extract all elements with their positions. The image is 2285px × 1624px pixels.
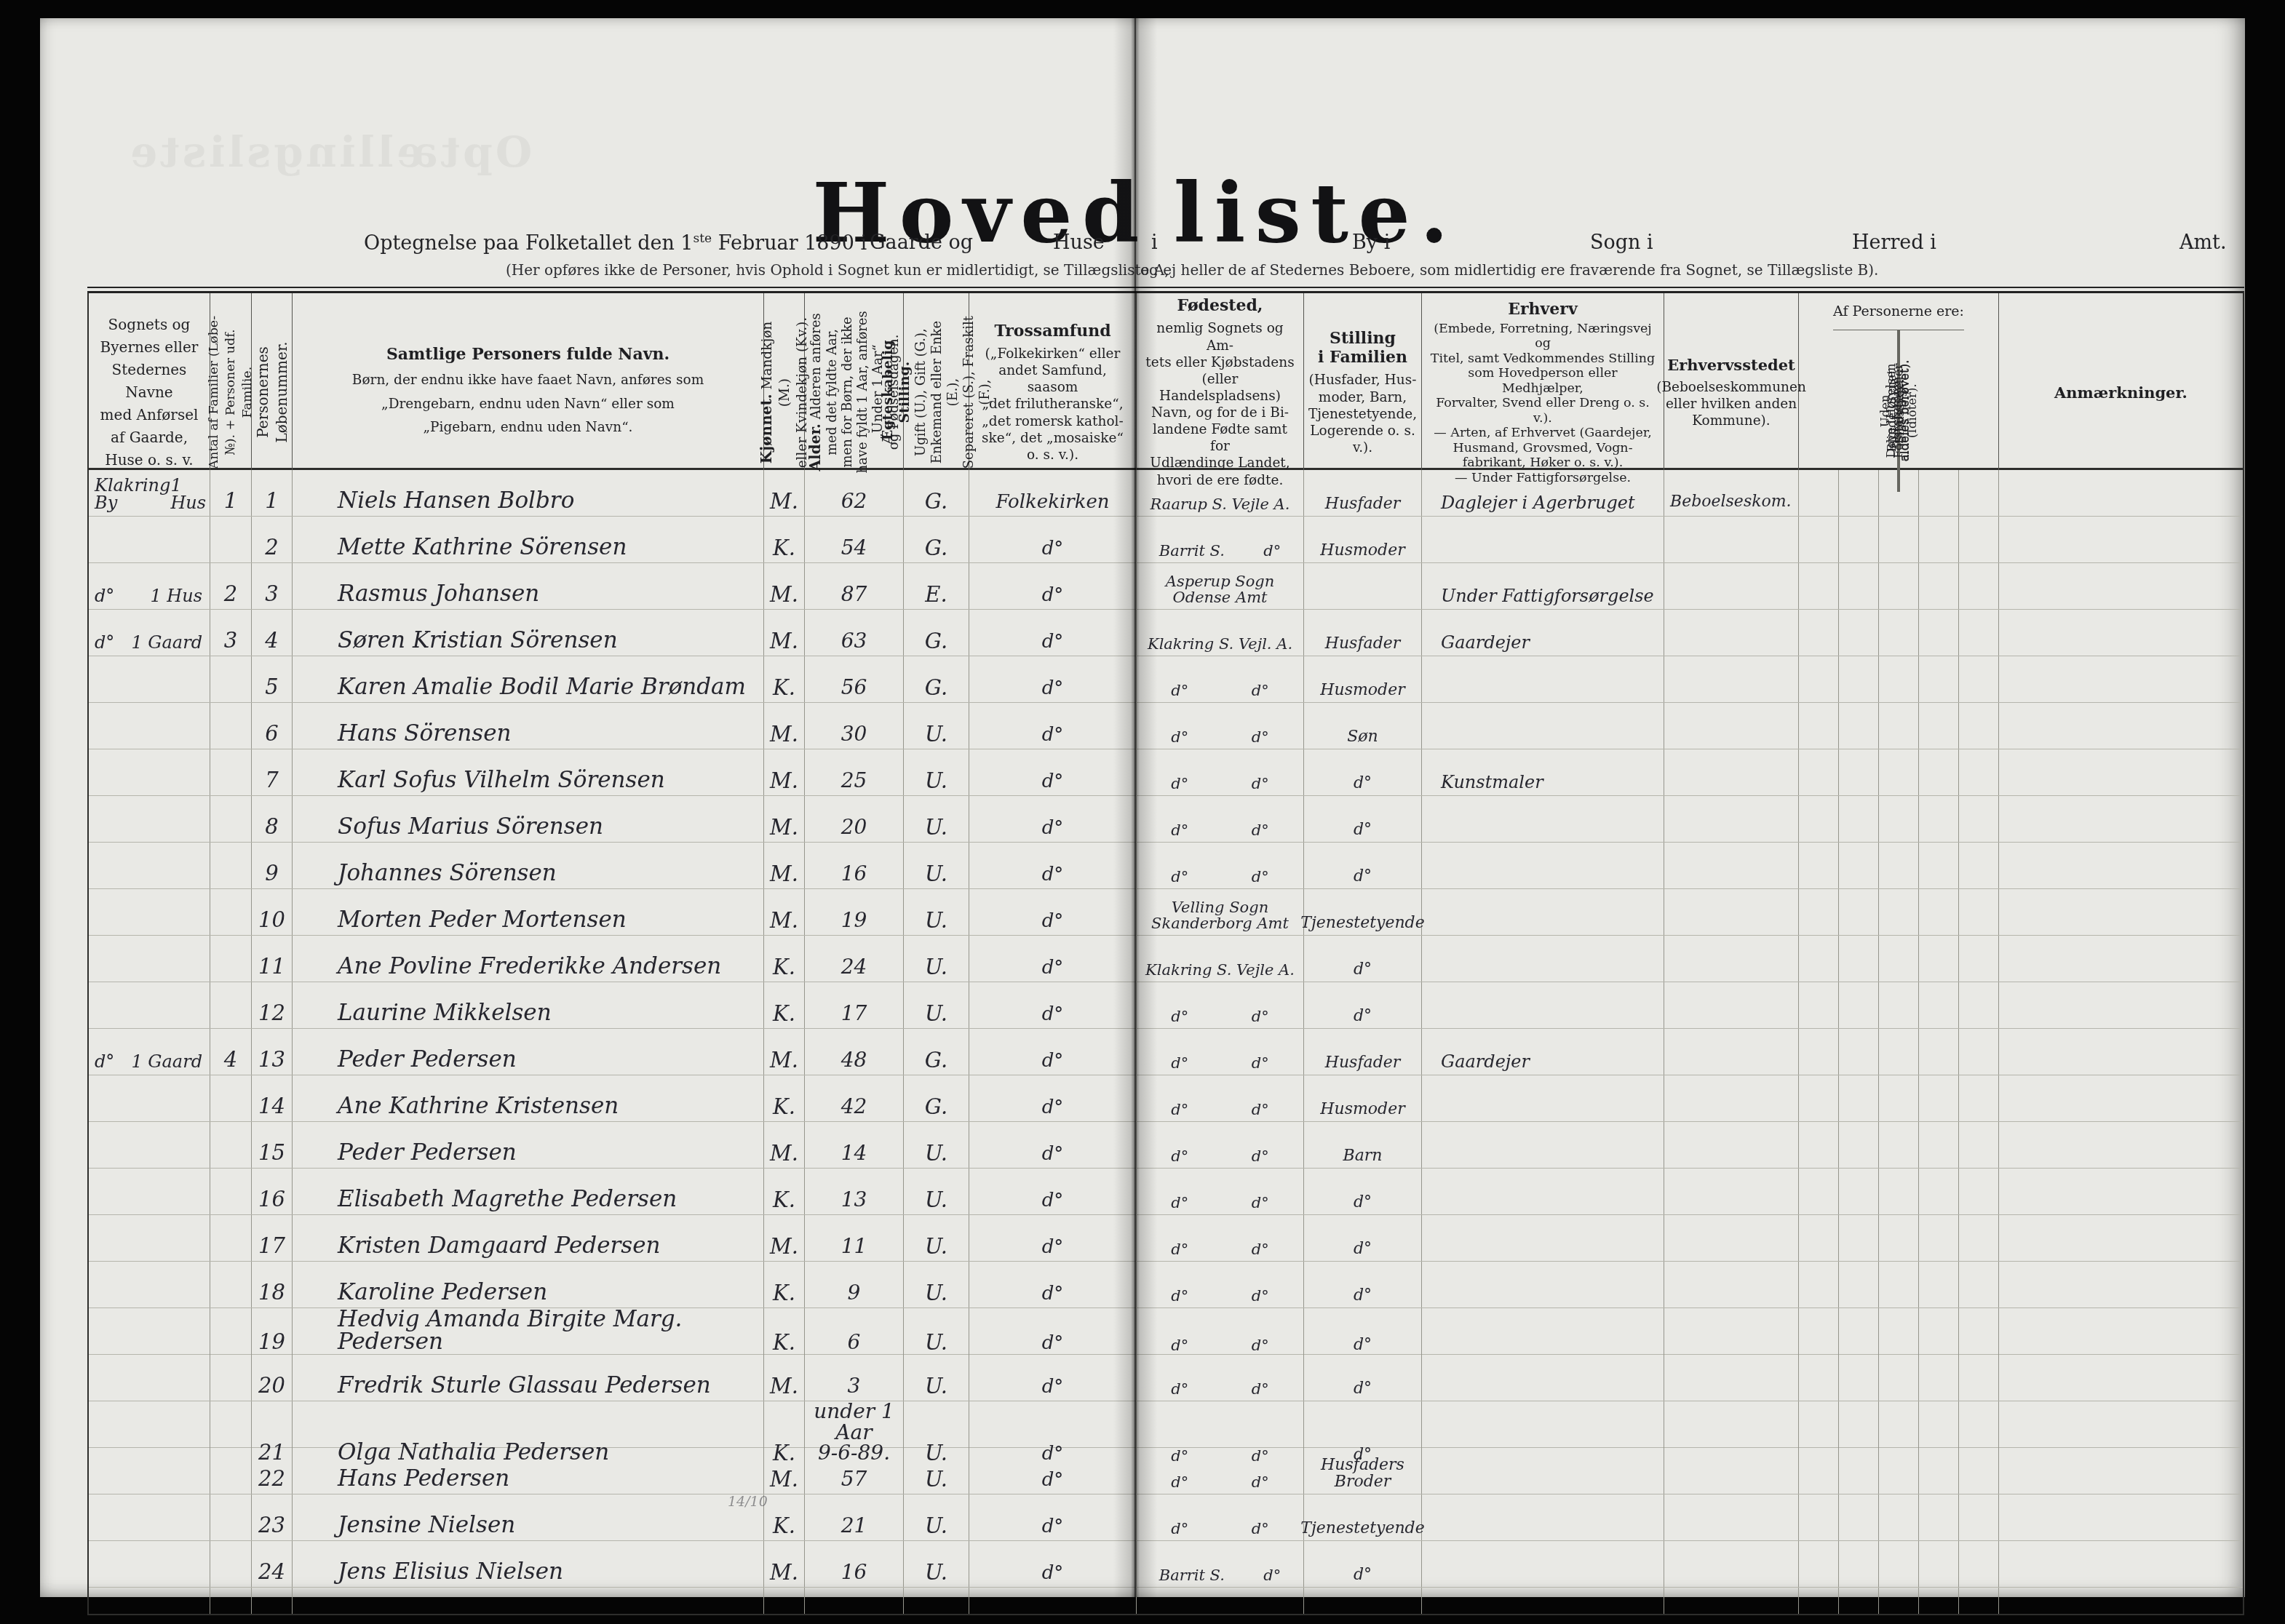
cell-idiot [1919,1588,1959,1614]
cell-person-number: 19 [252,1308,293,1357]
cell-idiot [1919,610,1959,656]
cell-idiot [1919,1169,1959,1214]
cell-marital-status [904,1588,969,1614]
cell-remarks [1999,703,2243,749]
header-place: Sognets og Byernes eller Stedernes Navne… [89,293,210,492]
cell-blind [1879,1588,1919,1614]
cell-religion: d° [969,889,1137,935]
cell-person-number: 17 [252,1215,293,1261]
cell-blind [1879,563,1919,609]
cell-marital-status: U. [904,843,969,888]
cell-birthplace: d°d° [1137,796,1304,842]
header-marital-status: Ægteskabelig Stilling. Ugift (U.), Gift … [904,293,969,492]
cell-workplace [1664,703,1799,749]
cell-name: Karoline Pedersen [293,1262,764,1307]
cell-remarks [1999,610,2243,656]
table-row: 12Laurine MikkelsenK.17U.d°d°d°d° [89,982,2243,1029]
table-row: 7Karl Sofus Vilhelm SörensenM.25U.d°d°d°… [89,749,2243,796]
cell-religion: d° [969,1494,1137,1540]
page-title-right: liste. [1174,166,1458,261]
cell-deaf-mute [1799,517,1839,562]
cell-insane [1959,1308,1999,1357]
cell-blind [1879,1169,1919,1214]
cell-person-number: 22 [252,1448,293,1494]
cell-occupation [1422,517,1664,562]
cell-deaf [1839,470,1879,516]
cell-insane [1959,1075,1999,1121]
cell-person-number: 8 [252,796,293,842]
cell-workplace [1664,1075,1799,1121]
exclusion-note-left: (Her opføres ikke de Personer, hvis Opho… [506,261,1169,279]
cell-marital-status: E. [904,563,969,609]
cell-birthplace: d°d° [1137,1075,1304,1121]
cell-occupation [1422,1215,1664,1261]
cell-place [89,1448,210,1494]
cell-family-count: 3 [210,610,252,656]
cell-place [89,1308,210,1357]
cell-workplace [1664,1588,1799,1614]
cell-marital-status: G. [904,610,969,656]
cell-place: d°1 Hus [89,563,210,609]
cell-sex: M. [764,889,805,935]
cell-occupation [1422,796,1664,842]
cell-birthplace: d°d° [1137,982,1304,1028]
cell-workplace [1664,1169,1799,1214]
cell-deaf-mute [1799,656,1839,702]
header-family-count: Antal af Familier (Løbe-№). + Personer u… [210,293,252,492]
cell-name: Peder Pedersen [293,1029,764,1075]
page-fold-line [1134,18,1136,1597]
cell-birthplace: Barrit S.d° [1137,517,1304,562]
cell-name: Jens Elisius Nielsen [293,1541,764,1587]
cell-name: Hedvig Amanda Birgite Marg. Pedersen [293,1308,764,1357]
cell-religion: d° [969,1122,1137,1168]
cell-marital-status: U. [904,1494,969,1540]
cell-sex: K. [764,1075,805,1121]
cell-occupation: Daglejer i Agerbruget [1422,470,1664,516]
cell-religion: d° [969,1355,1137,1401]
cell-idiot [1919,1215,1959,1261]
cell-workplace [1664,843,1799,888]
cell-remarks [1999,1588,2243,1614]
table-row: 20Fredrik Sturle Glassau PedersenM.3U.d°… [89,1355,2243,1401]
cell-remarks [1999,1541,2243,1587]
cell-family-position: d° [1304,1541,1422,1587]
cell-idiot [1919,470,1959,516]
table-row: 17Kristen Damgaard PedersenM.11U.d°d°d°d… [89,1215,2243,1262]
cell-workplace [1664,610,1799,656]
cell-religion: d° [969,563,1137,609]
cell-insane [1959,1262,1999,1307]
cell-person-number: 6 [252,703,293,749]
cell-insane [1959,656,1999,702]
cell-deaf [1839,889,1879,935]
header-conditions-group: Af Personerne ere: Døvstumme.Døve (Hørel… [1799,293,1999,492]
cell-birthplace: Klakring S. Vejl. A. [1137,610,1304,656]
cell-deaf [1839,982,1879,1028]
cell-sex [764,1588,805,1614]
subtitle-by: By i [1352,231,1390,254]
cell-idiot [1919,703,1959,749]
cell-blind [1879,936,1919,982]
cell-deaf [1839,1029,1879,1075]
cell-family-position: Barn [1304,1122,1422,1168]
table-row: Klakring By1 Hus11Niels Hansen BolbroM.6… [89,470,2243,517]
cell-occupation [1422,1262,1664,1307]
cell-family-position: Husfaders Broder [1304,1448,1422,1494]
cell-birthplace: d°d° [1137,1215,1304,1261]
cell-family-position: Husmoder [1304,517,1422,562]
table-row: 11Ane Povline Frederikke AndersenK.24U.d… [89,936,2243,982]
cell-age: 87 [805,563,904,609]
cell-place [89,1588,210,1614]
table-row: d°1 Hus23Rasmus JohansenM.87E.d°Asperup … [89,563,2243,610]
cell-age: 16 [805,843,904,888]
cell-religion: d° [969,1308,1137,1357]
cell-religion: Folkekirken [969,470,1137,516]
cell-sex: K. [764,982,805,1028]
subtitle-i: i [1151,231,1158,254]
cell-insane [1959,889,1999,935]
cell-idiot [1919,889,1959,935]
cell-workplace: Beboelseskom. [1664,470,1799,516]
cell-deaf [1839,843,1879,888]
cell-deaf-mute [1799,1494,1839,1540]
cell-sex: K. [764,1262,805,1307]
cell-family-count [210,936,252,982]
cell-insane [1959,1541,1999,1587]
cell-blind [1879,1075,1919,1121]
cell-person-number [252,1588,293,1614]
cell-religion: d° [969,656,1137,702]
cell-birthplace: Raarup S. Vejle A. [1137,470,1304,516]
cell-name: Kristen Damgaard Pedersen [293,1215,764,1261]
cell-occupation: Under Fattigforsørgelse [1422,563,1664,609]
subtitle-gaarde: Gaarde og [870,231,973,254]
cell-insane [1959,1169,1999,1214]
cell-blind [1879,517,1919,562]
cell-deaf-mute [1799,703,1839,749]
cell-person-number: 18 [252,1262,293,1307]
cell-place [89,936,210,982]
cell-family-count [210,889,252,935]
cell-occupation [1422,1588,1664,1614]
cell-deaf-mute [1799,1169,1839,1214]
exclusion-note-right: og ej heller de af Stedernes Beboere, so… [1140,261,1878,279]
cell-marital-status: G. [904,517,969,562]
header-sex: Kjønnet. Mandkjøn (M.) eller Kvindekjøn … [764,293,805,492]
cell-family-count [210,1262,252,1307]
cell-person-number: 11 [252,936,293,982]
cell-deaf-mute [1799,1588,1839,1614]
cell-marital-status: U. [904,1308,969,1357]
cell-family-position: d° [1304,982,1422,1028]
cell-idiot [1919,1355,1959,1401]
cell-birthplace: d°d° [1137,843,1304,888]
cell-idiot [1919,1448,1959,1494]
cell-birthplace: d°d° [1137,1494,1304,1540]
cell-marital-status: G. [904,1029,969,1075]
cell-place [89,843,210,888]
cell-family-count [210,1308,252,1357]
cell-sex: M. [764,1541,805,1587]
cell-place [89,703,210,749]
cell-workplace [1664,1448,1799,1494]
cell-deaf-mute [1799,982,1839,1028]
cell-marital-status: U. [904,889,969,935]
cell-name: Laurine Mikkelsen [293,982,764,1028]
cell-blind [1879,1122,1919,1168]
cell-idiot [1919,656,1959,702]
cell-deaf-mute [1799,1122,1839,1168]
cell-marital-status: U. [904,1448,969,1494]
cell-remarks [1999,656,2243,702]
table-row: 8Sofus Marius SörensenM.20U.d°d°d°d° [89,796,2243,843]
cell-insane [1959,1122,1999,1168]
table-row: 16Elisabeth Magrethe PedersenK.13U.d°d°d… [89,1169,2243,1215]
table-row: 5Karen Amalie Bodil Marie BrøndamK.56G.d… [89,656,2243,703]
cell-name: Johannes Sörensen [293,843,764,888]
cell-sex: K. [764,936,805,982]
cell-deaf [1839,610,1879,656]
cell-remarks [1999,982,2243,1028]
cell-family-count [210,1169,252,1214]
cell-occupation [1422,703,1664,749]
cell-remarks [1999,517,2243,562]
cell-insane [1959,1588,1999,1614]
cell-family-position: Husmoder [1304,1075,1422,1121]
cell-place [89,1215,210,1261]
subtitle-huse: Huse [1053,231,1105,254]
cell-family-position: Tjenestetyende [1304,889,1422,935]
cell-insane [1959,796,1999,842]
cell-occupation: Gaardejer [1422,1029,1664,1075]
cell-deaf-mute [1799,610,1839,656]
cell-person-number: 1 [252,470,293,516]
cell-place [89,749,210,795]
cell-sex: M. [764,703,805,749]
cell-idiot [1919,1494,1959,1540]
cell-workplace [1664,936,1799,982]
cell-family-count: 2 [210,563,252,609]
cell-person-number: 5 [252,656,293,702]
cell-idiot [1919,982,1959,1028]
cell-family-position: d° [1304,843,1422,888]
cell-place: d°1 Gaard [89,1029,210,1075]
cell-age: 11 [805,1215,904,1261]
cell-name: Morten Peder Mortensen [293,889,764,935]
cell-workplace [1664,796,1799,842]
table-row: 19Hedvig Amanda Birgite Marg. PedersenK.… [89,1308,2243,1355]
cell-religion: d° [969,843,1137,888]
cell-family-position: Husfader [1304,1029,1422,1075]
cell-place [89,1494,210,1540]
table-row: 2Mette Kathrine SörensenK.54G.d°Barrit S… [89,517,2243,563]
scanned-census-sheet: Optællingsliste Hovedliste. Optegnelse p… [0,0,2285,1624]
cell-remarks [1999,889,2243,935]
cell-age [805,1588,904,1614]
cell-religion: d° [969,982,1137,1028]
cell-marital-status: U. [904,703,969,749]
cell-marital-status: U. [904,1215,969,1261]
cell-religion [969,1588,1137,1614]
cell-remarks [1999,1448,2243,1494]
cell-occupation [1422,1355,1664,1401]
cell-blind [1879,1355,1919,1401]
conditions-columns: Døvstumme.Døve (Hørelsen aldeles berøvet… [1897,330,1901,492]
cell-family-count: 4 [210,1029,252,1075]
cell-sex: M. [764,843,805,888]
cell-occupation [1422,1494,1664,1540]
cell-deaf-mute [1799,1262,1839,1307]
cell-age: 14 [805,1122,904,1168]
cell-marital-status: G. [904,1075,969,1121]
cell-workplace [1664,1308,1799,1357]
cell-occupation [1422,656,1664,702]
cell-workplace [1664,1122,1799,1168]
cell-name: Rasmus Johansen [293,563,764,609]
cell-religion: d° [969,1169,1137,1214]
header-religion: Trossamfund („Folkekirken“ eller andet S… [969,293,1137,492]
cell-age: 30 [805,703,904,749]
cell-occupation [1422,843,1664,888]
cell-insane [1959,517,1999,562]
cell-sex: M. [764,749,805,795]
cell-family-position: d° [1304,796,1422,842]
table-row: 24Jens Elisius NielsenM.16U.d°Barrit S.d… [89,1541,2243,1588]
cell-family-count: 1 [210,470,252,516]
cell-workplace [1664,749,1799,795]
cell-name: Karl Sofus Vilhelm Sörensen [293,749,764,795]
header-occupation: Erhverv (Embede, Forretning, Næringsvej … [1422,293,1664,492]
cell-family-count [210,703,252,749]
cell-sex: K. [764,1308,805,1357]
cell-sex: M. [764,1448,805,1494]
cell-blind [1879,889,1919,935]
table-row: 21Olga Nathalia PedersenK.under 1 Aar 9-… [89,1401,2243,1448]
cell-place [89,1262,210,1307]
cell-deaf [1839,656,1879,702]
table-row: 6Hans SörensenM.30U.d°d°d°Søn [89,703,2243,749]
cell-workplace [1664,1029,1799,1075]
cell-person-number: 20 [252,1355,293,1401]
cell-deaf [1839,936,1879,982]
cell-deaf [1839,517,1879,562]
cell-deaf [1839,1075,1879,1121]
cell-marital-status: U. [904,1355,969,1401]
cell-insane [1959,1215,1999,1261]
cell-blind [1879,703,1919,749]
cell-occupation [1422,1541,1664,1587]
subtitle-sogn: Sogn i [1590,231,1653,254]
cell-place [89,1541,210,1587]
cell-deaf [1839,1541,1879,1587]
cell-family-count [210,1494,252,1540]
table-row: 23Jensine NielsenK.21U.d°d°d°Tjenestetye… [89,1494,2243,1541]
cell-person-number: 15 [252,1122,293,1168]
cell-family-count [210,1588,252,1614]
cell-marital-status: G. [904,656,969,702]
header-workplace: Erhvervsstedet (Beboelseskommunen eller … [1664,293,1799,492]
cell-occupation [1422,982,1664,1028]
cell-deaf [1839,1494,1879,1540]
cell-insane [1959,470,1999,516]
table-row: d°1 Gaard413Peder PedersenM.48G.d°d°d°Hu… [89,1029,2243,1075]
cell-family-count [210,1448,252,1494]
cell-family-position [1304,563,1422,609]
cell-religion: d° [969,1541,1137,1587]
cell-occupation [1422,1448,1664,1494]
cell-deaf-mute [1799,1355,1839,1401]
cell-place [89,1122,210,1168]
cell-occupation [1422,1075,1664,1121]
margin-note: 14/10 [728,1494,768,1510]
header-family-position: Stilling i Familien (Husfader, Hus- mode… [1304,293,1422,492]
cell-family-count [210,1215,252,1261]
cell-age: 3 [805,1355,904,1401]
cell-remarks [1999,1262,2243,1307]
cell-deaf-mute [1799,936,1839,982]
conditions-group-title: Af Personerne ere: [1833,293,1964,330]
cell-family-count [210,796,252,842]
cell-deaf [1839,1588,1879,1614]
cell-person-number: 4 [252,610,293,656]
cell-remarks [1999,1494,2243,1540]
cell-occupation [1422,889,1664,935]
cell-sex: M. [764,470,805,516]
subtitle-herred: Herred i [1852,231,1936,254]
cell-birthplace: Klakring S. Vejle A. [1137,936,1304,982]
cell-workplace [1664,889,1799,935]
cell-name: Sofus Marius Sörensen [293,796,764,842]
cell-remarks [1999,843,2243,888]
cell-occupation [1422,1169,1664,1214]
cell-age: 56 [805,656,904,702]
cell-insane [1959,749,1999,795]
table-row: 15Peder PedersenM.14U.d°d°d°Barn [89,1122,2243,1169]
cell-deaf-mute [1799,796,1839,842]
cell-sex: K. [764,656,805,702]
cell-blind [1879,843,1919,888]
cell-name: Hans Sörensen [293,703,764,749]
cell-marital-status: U. [904,749,969,795]
cell-family-position [1304,1588,1422,1614]
cell-marital-status: U. [904,1262,969,1307]
cell-age: 13 [805,1169,904,1214]
cell-name [293,1588,764,1614]
cell-age: 54 [805,517,904,562]
cell-insane [1959,703,1999,749]
cell-religion: d° [969,517,1137,562]
cell-family-count [210,1075,252,1121]
cell-insane [1959,1494,1999,1540]
subtitle-amt: Amt. [2179,231,2227,254]
header-full-name: Samtlige Personers fulde Navn. Børn, der… [293,293,764,492]
cell-place [89,517,210,562]
cell-name: Peder Pedersen [293,1122,764,1168]
cell-family-position: Husfader [1304,470,1422,516]
cell-birthplace: Barrit S.d° [1137,1541,1304,1587]
cell-blind [1879,1448,1919,1494]
cell-sex: M. [764,1029,805,1075]
cell-workplace [1664,982,1799,1028]
cell-workplace [1664,1494,1799,1540]
cell-occupation [1422,1122,1664,1168]
cell-family-position: d° [1304,1169,1422,1214]
cell-deaf-mute [1799,563,1839,609]
cell-person-number: 12 [252,982,293,1028]
cell-remarks [1999,749,2243,795]
